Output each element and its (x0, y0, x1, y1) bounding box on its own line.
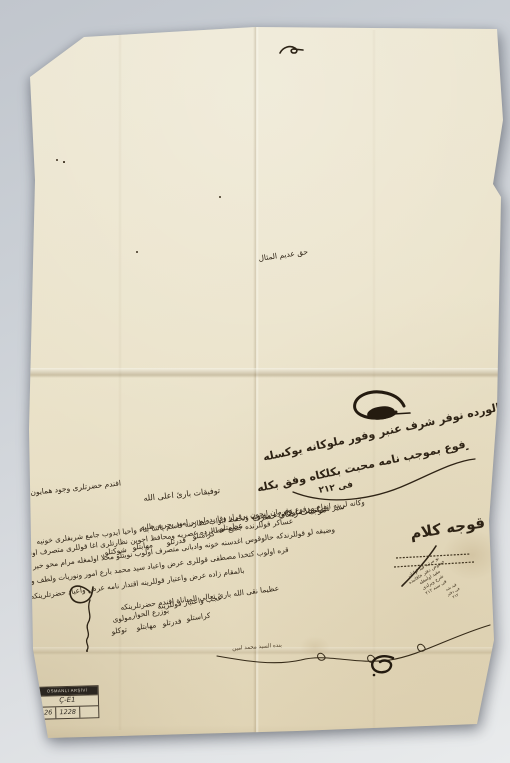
fold-crease-horizontal (29, 368, 501, 378)
honorific-word: قدرتلو (162, 617, 182, 628)
heading-line: توفيقات بارئ اعلى الله (143, 486, 220, 503)
archive-stamp: OSMANLI ARŞİVİ Ç-E1 126 1228 (36, 685, 100, 720)
witness-word: مولوى (112, 613, 132, 624)
bold-curl-icon (366, 652, 400, 678)
body-line: سير شوكتمند ملوكانزده مصونه وتحفظ ابواب … (36, 503, 345, 546)
archive-stamp-cell: 1228 (56, 707, 81, 719)
honorific-word: مهابتلو (136, 621, 157, 632)
document-photo: حق عديم المثال سر خصوص مذكور الورده نوفر… (0, 0, 510, 763)
ink-speck (219, 196, 221, 198)
side-bold-mark: قوجه كلام (409, 514, 486, 543)
hu-invocation-icon (276, 42, 306, 58)
archive-stamp-cells: 126 1228 (37, 705, 98, 719)
ink-speck (56, 159, 58, 161)
paper-shadow: حق عديم المثال سر خصوص مذكور الورده نوفر… (0, 0, 510, 763)
manuscript-paper: حق عديم المثال سر خصوص مذكور الورده نوفر… (0, 0, 510, 763)
date-swoosh-icon (283, 448, 483, 506)
archive-stamp-cell (80, 706, 98, 717)
corner-fold-crease (23, 12, 99, 53)
left-signature-icon (60, 578, 108, 652)
honorific-word: توكلو (111, 626, 127, 636)
ink-speck (136, 251, 138, 253)
mid-page-note: حق عديم المثال (258, 248, 309, 263)
intro-line: افندم حضرتلرى وجود همايون (30, 479, 121, 497)
archive-stamp-cell: 126 (37, 707, 56, 718)
ink-speck (63, 161, 65, 163)
witness-word: عجب واعتبار قوللرينه (157, 594, 223, 611)
